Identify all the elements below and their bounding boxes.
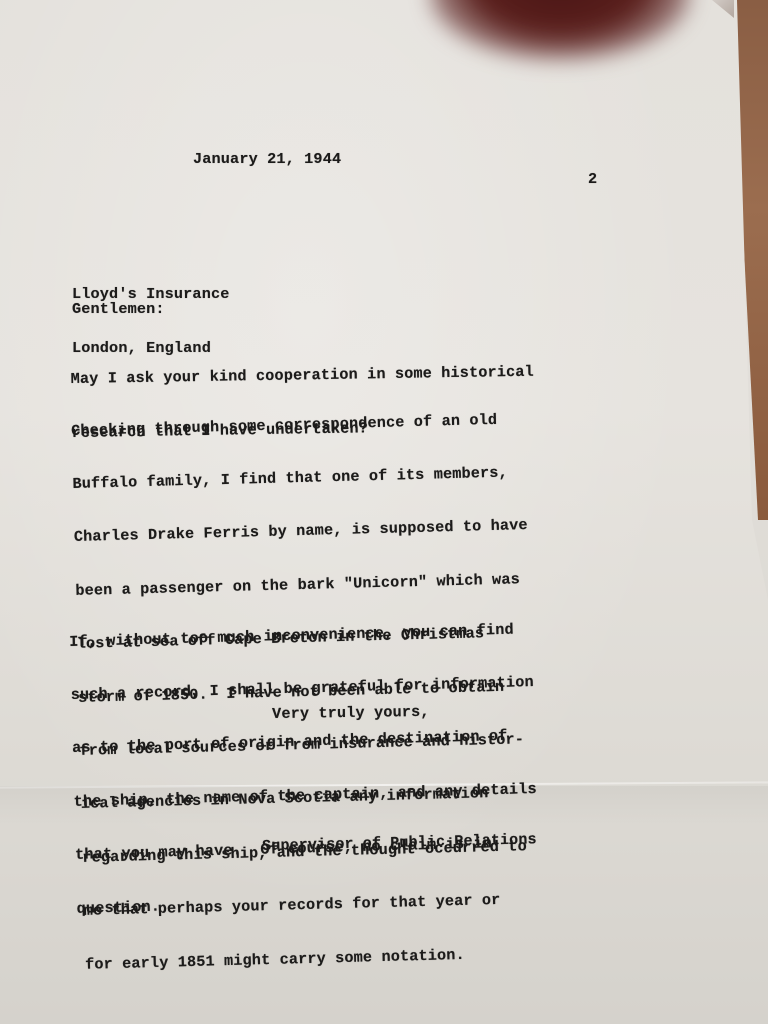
closing: Very truly yours, (272, 703, 430, 723)
body-paragraph-3: If, without too much inconvenience, you … (68, 585, 541, 954)
paragraph-line: such a record, I shall be grateful for i… (70, 674, 534, 705)
paragraph-line: question. (76, 887, 540, 918)
paragraph-line: as to the port of origin and the destina… (72, 727, 536, 758)
letter-date: January 21, 1944 (193, 150, 341, 168)
page-number: 2 (588, 170, 597, 188)
paragraph-line: the ship, the name of the captain, and a… (73, 781, 537, 812)
paragraph-line: Charles Drake Ferris by name, is suppose… (74, 517, 528, 547)
photo-background: January 21, 1944 2 Lloyd's Insurance Lon… (0, 0, 768, 1024)
paragraph-line: Buffalo family, I find that one of its m… (72, 464, 526, 494)
salutation: Gentlemen: (72, 300, 165, 318)
paragraph-line: If, without too much inconvenience, you … (69, 621, 533, 652)
paragraph-line: Checking through some correspondence of … (71, 411, 525, 441)
letter-paper: January 21, 1944 2 Lloyd's Insurance Lon… (0, 0, 768, 1024)
